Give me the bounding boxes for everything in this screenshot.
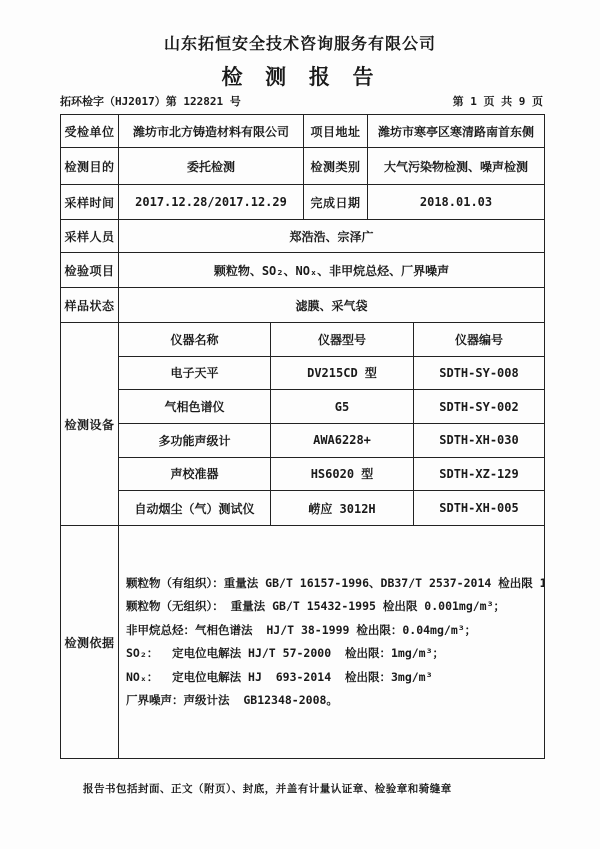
value-test-category: 大气污染物检测、噪声检测 [368, 148, 545, 185]
label-sample-status: 样品状态 [61, 288, 119, 323]
eq-header-name: 仪器名称 [119, 323, 271, 357]
equipment-name: 声校准器 [119, 458, 271, 492]
equipment-number: SDTH-SY-002 [414, 390, 544, 424]
equipment-name: 气相色谱仪 [119, 390, 271, 424]
label-test-category: 检测类别 [304, 148, 368, 185]
equipment-name: 自动烟尘（气）测试仪 [119, 491, 271, 525]
basis-line: 厂界噪声：声级计法 GB12348-2008。 [126, 689, 540, 713]
table-row: 受检单位 潍坊市北方铸造材料有限公司 项目地址 潍坊市寒亭区寒清路南首东侧 [61, 115, 545, 148]
value-sample-status: 滤膜、采气袋 [119, 288, 545, 323]
equipment-number: SDTH-SY-008 [414, 357, 544, 391]
value-sampling-time: 2017.12.28/2017.12.29 [119, 185, 304, 220]
equipment-number: SDTH-XH-030 [414, 424, 544, 458]
basis-line: 颗粒物（无组织）： 重量法 GB/T 15432-1995 检出限 0.001m… [126, 595, 540, 619]
label-test-equipment: 检测设备 [61, 323, 119, 526]
basis-line: NOₓ： 定电位电解法 HJ 693-2014 检出限：3mg/m³ [126, 666, 540, 690]
equipment-name: 多功能声级计 [119, 424, 271, 458]
equipment-model: G5 [271, 390, 414, 424]
value-completion-date: 2018.01.03 [368, 185, 545, 220]
eq-header-number: 仪器编号 [414, 323, 544, 357]
page-indicator: 第 1 页 共 9 页 [453, 93, 543, 109]
eq-header-model: 仪器型号 [271, 323, 414, 357]
report-title: 检 测 报 告 [0, 61, 600, 91]
equipment-model: 崂应 3012H [271, 491, 414, 525]
value-test-purpose: 委托检测 [119, 148, 304, 185]
doc-header-row: 拓环检字（HJ2017）第 122821 号 第 1 页 共 9 页 [60, 93, 543, 109]
equipment-grid: 仪器名称 仪器型号 仪器编号 电子天平 DV215CD 型 SDTH-SY-00… [119, 323, 544, 525]
equipment-row: 检测设备 仪器名称 仪器型号 仪器编号 电子天平 DV215CD 型 SDTH-… [61, 323, 545, 526]
equipment-number: SDTH-XZ-129 [414, 458, 544, 492]
table-row: 检测目的 委托检测 检测类别 大气污染物检测、噪声检测 [61, 148, 545, 185]
doc-number: 拓环检字（HJ2017）第 122821 号 [60, 93, 241, 109]
company-name: 山东拓恒安全技术咨询服务有限公司 [0, 31, 600, 54]
basis-line: 颗粒物（有组织）：重量法 GB/T 16157-1996、DB37/T 2537… [126, 572, 540, 596]
basis-content: 颗粒物（有组织）：重量法 GB/T 16157-1996、DB37/T 2537… [119, 526, 545, 759]
basis-line: SO₂： 定电位电解法 HJ/T 57-2000 检出限：1mg/m³； [126, 642, 540, 666]
equipment-number: SDTH-XH-005 [414, 491, 544, 525]
table-row: 采样时间 2017.12.28/2017.12.29 完成日期 2018.01.… [61, 185, 545, 220]
value-test-items: 颗粒物、SO₂、NOₓ、非甲烷总烃、厂界噪声 [119, 253, 545, 288]
label-project-address: 项目地址 [304, 115, 368, 148]
label-sampling-time: 采样时间 [61, 185, 119, 220]
footer-note: 报告书包括封面、正文（附页）、封底，并盖有计量认证章、检验章和骑缝章 [83, 781, 452, 796]
equipment-model: HS6020 型 [271, 458, 414, 492]
basis-line: 非甲烷总烃：气相色谱法 HJ/T 38-1999 检出限：0.04mg/m³； [126, 619, 540, 643]
table-row: 检验项目 颗粒物、SO₂、NOₓ、非甲烷总烃、厂界噪声 [61, 253, 545, 288]
equipment-model: DV215CD 型 [271, 357, 414, 391]
value-inspected-unit: 潍坊市北方铸造材料有限公司 [119, 115, 304, 148]
basis-row: 检测依据 颗粒物（有组织）：重量法 GB/T 16157-1996、DB37/T… [61, 526, 545, 759]
basis-lines: 颗粒物（有组织）：重量法 GB/T 16157-1996、DB37/T 2537… [126, 572, 540, 713]
label-test-purpose: 检测目的 [61, 148, 119, 185]
equipment-name: 电子天平 [119, 357, 271, 391]
table-row: 样品状态 滤膜、采气袋 [61, 288, 545, 323]
label-completion-date: 完成日期 [304, 185, 368, 220]
value-project-address: 潍坊市寒亭区寒清路南首东侧 [368, 115, 545, 148]
report-page: 山东拓恒安全技术咨询服务有限公司 检 测 报 告 拓环检字（HJ2017）第 1… [0, 0, 600, 849]
label-test-basis: 检测依据 [61, 526, 119, 759]
value-sampling-personnel: 郑浩浩、宗泽广 [119, 220, 545, 253]
report-table: 受检单位 潍坊市北方铸造材料有限公司 项目地址 潍坊市寒亭区寒清路南首东侧 检测… [60, 114, 545, 759]
table-row: 采样人员 郑浩浩、宗泽广 [61, 220, 545, 253]
label-test-items: 检验项目 [61, 253, 119, 288]
label-inspected-unit: 受检单位 [61, 115, 119, 148]
equipment-table: 仪器名称 仪器型号 仪器编号 电子天平 DV215CD 型 SDTH-SY-00… [119, 323, 545, 526]
label-sampling-personnel: 采样人员 [61, 220, 119, 253]
equipment-model: AWA6228+ [271, 424, 414, 458]
